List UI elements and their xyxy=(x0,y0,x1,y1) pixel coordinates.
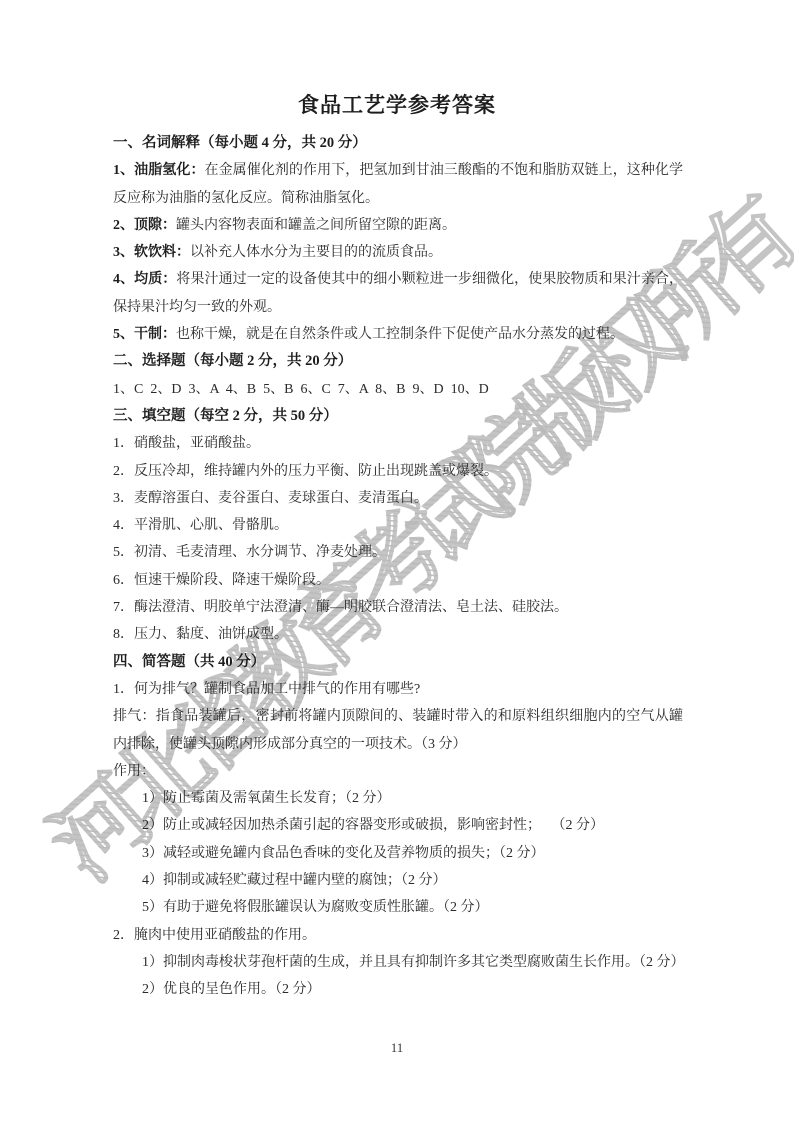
section1-heading: 一、名词解释（每小题 4 分，共 20 分） xyxy=(113,130,683,157)
choice-answers: 1、C 2、D 3、A 4、B 5、B 6、C 7、A 8、B 9、D 10、D xyxy=(113,376,683,403)
definition-item-1: 1、油脂氢化：在金属催化剂的作用下，把氢加到甘油三酸酯的不饱和脂肪双链上，这种化… xyxy=(113,157,683,212)
definition-text-5: 也称干燥，就是在自然条件或人工控制条件下促使产品水分蒸发的过程。 xyxy=(176,327,624,342)
q1-question: 1．何为排气？罐制食品加工中排气的作用有哪些? xyxy=(113,676,683,703)
definition-item-4: 4、均质：将果汁通过一定的设备使其中的细小颗粒进一步细微化，使果胶物质和果汁亲合… xyxy=(113,266,683,321)
definition-term-5: 5、干制： xyxy=(113,327,176,342)
q1-point-5: 5）有助于避免将假胀罐误认为腐败变质性胀罐。（2 分） xyxy=(113,894,683,921)
page-title: 食品工艺学参考答案 xyxy=(0,89,794,119)
fill-item-7: 7．酶法澄清、明胶单宁法澄清、酶—明胶联合澄清法、皂土法、硅胶法。 xyxy=(113,594,683,621)
q1-point-1: 1）防止霉菌及需氧菌生长发育；（2 分） xyxy=(113,785,683,812)
definition-term-4: 4、均质： xyxy=(113,272,176,287)
definition-text-4: 将果汁通过一定的设备使其中的细小颗粒进一步细微化，使果胶物质和果汁亲合，保持果汁… xyxy=(113,272,683,314)
fill-item-4: 4．平滑肌、心肌、骨骼肌。 xyxy=(113,512,683,539)
section4-heading: 四、简答题（共 40 分） xyxy=(113,649,683,676)
definition-term-3: 3、软饮料： xyxy=(113,245,190,260)
fill-item-8: 8．压力、黏度、油饼成型。 xyxy=(113,621,683,648)
fill-item-3: 3．麦醇溶蛋白、麦谷蛋白、麦球蛋白、麦清蛋白。 xyxy=(113,485,683,512)
section2-heading: 二、选择题（每小题 2 分，共 20 分） xyxy=(113,348,683,375)
fill-item-2: 2．反压冷却，维持罐内外的压力平衡、防止出现跳盖或爆裂。 xyxy=(113,458,683,485)
q1-definition: 排气：指食品装罐后，密封前将罐内顶隙间的、装罐时带入的和原料组织细胞内的空气从罐… xyxy=(113,703,683,758)
q2-point-1: 1）抑制肉毒梭状芽孢杆菌的生成，并且具有抑制许多其它类型腐败菌生长作用。（2 分… xyxy=(113,949,683,976)
document-body: 一、名词解释（每小题 4 分，共 20 分） 1、油脂氢化：在金属催化剂的作用下… xyxy=(113,130,683,1004)
q1-label: 作用： xyxy=(113,758,683,785)
fill-item-1: 1．硝酸盐，亚硝酸盐。 xyxy=(113,430,683,457)
definition-text-3: 以补充人体水分为主要目的的流质食品。 xyxy=(190,245,442,260)
definition-term-2: 2、顶隙： xyxy=(113,218,176,233)
q1-point-3: 3）减轻或避免罐内食品色香味的变化及营养物质的损失；（2 分） xyxy=(113,840,683,867)
q1-point-4: 4）抑制或减轻贮藏过程中罐内壁的腐蚀；（2 分） xyxy=(113,867,683,894)
definition-item-5: 5、干制：也称干燥，就是在自然条件或人工控制条件下促使产品水分蒸发的过程。 xyxy=(113,321,683,348)
document-page: 河北省教育考试院版权所有 食品工艺学参考答案 一、名词解释（每小题 4 分，共 … xyxy=(0,0,794,1123)
section3-heading: 三、填空题（每空 2 分，共 50 分） xyxy=(113,403,683,430)
page-number: 11 xyxy=(0,1040,794,1056)
q2-point-2: 2）优良的呈色作用。（2 分） xyxy=(113,976,683,1003)
q1-point-2: 2）防止或减轻因加热杀菌引起的容器变形或破损，影响密封性； （2 分） xyxy=(113,812,683,839)
definition-text-2: 罐头内容物表面和罐盖之间所留空隙的距离。 xyxy=(176,218,456,233)
fill-item-5: 5．初清、毛麦清理、水分调节、净麦处理。 xyxy=(113,539,683,566)
definition-term-1: 1、油脂氢化： xyxy=(113,163,205,178)
q2-question: 2．腌肉中使用亚硝酸盐的作用。 xyxy=(113,922,683,949)
fill-item-6: 6．恒速干燥阶段、降速干燥阶段。 xyxy=(113,567,683,594)
definition-item-2: 2、顶隙：罐头内容物表面和罐盖之间所留空隙的距离。 xyxy=(113,212,683,239)
definition-item-3: 3、软饮料：以补充人体水分为主要目的的流质食品。 xyxy=(113,239,683,266)
